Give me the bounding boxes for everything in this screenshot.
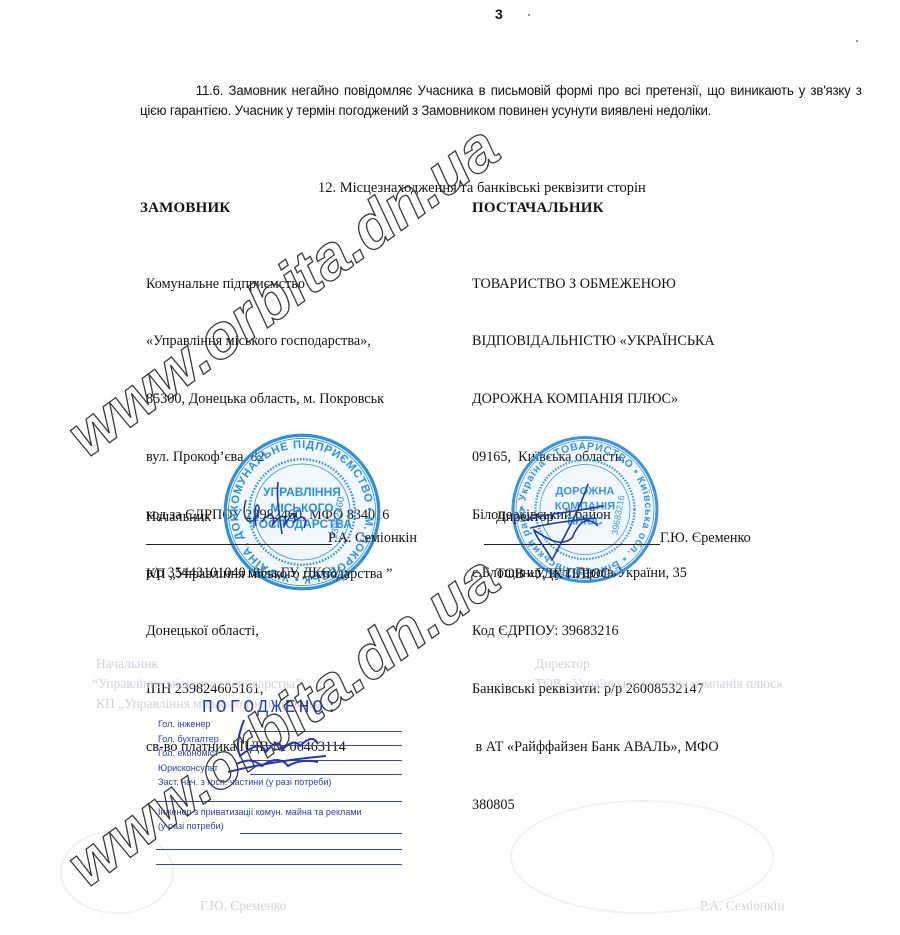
supplier-signatory-name: Г.Ю. Єременко bbox=[660, 530, 751, 547]
clause-text: 11.6. Замовник негайно повідомляє Учасни… bbox=[140, 83, 862, 119]
scan-speck bbox=[856, 40, 858, 42]
approval-line bbox=[156, 864, 402, 865]
customer-signatory-name: Р.А. Семіонкін bbox=[328, 530, 417, 547]
approval-row: Інженер з приватизації комун. майна та р… bbox=[150, 806, 400, 821]
approval-row-label: Гол. економіст bbox=[158, 747, 218, 761]
supplier-line: ТОВАРИСТВО З ОБМЕЖЕНОЮ bbox=[472, 275, 719, 294]
approval-title: ПОГОДЖЕНО: bbox=[202, 698, 400, 718]
customer-line: Донецької області, bbox=[146, 622, 389, 641]
bleed-through-text: “Управління міського господарства” bbox=[92, 676, 301, 692]
approval-line bbox=[156, 801, 402, 802]
customer-heading: ЗАМОВНИК bbox=[140, 200, 230, 217]
bleed-through-stamp bbox=[510, 800, 774, 914]
page-number: 3 bbox=[495, 6, 503, 22]
section-title: 12. Місцезнаходження та банківські рекві… bbox=[318, 180, 646, 197]
customer-line: «Управління міського господарства», bbox=[146, 332, 389, 351]
bleed-through-text: ТОВ «Українська дорожня компанія плюс» bbox=[535, 676, 783, 692]
supplier-heading: ПОСТАЧАЛЬНИК bbox=[472, 200, 604, 217]
approval-row-label: (у разі потреби) bbox=[158, 820, 224, 834]
supplier-signature-icon bbox=[516, 478, 616, 568]
customer-signature-icon bbox=[232, 478, 322, 538]
supplier-line: Код ЄДРПОУ: 39683216 bbox=[472, 622, 719, 641]
approval-row-label: Інженер з приватизації комун. майна та р… bbox=[158, 806, 362, 820]
scan-speck bbox=[528, 14, 530, 16]
approval-row-label: Гол. бухгалтер bbox=[158, 733, 219, 747]
customer-line: Комунальне підприємство bbox=[146, 275, 389, 294]
supplier-line: в АТ «Райффайзен Банк АВАЛЬ», МФО bbox=[472, 738, 719, 757]
clause-11-6: 11.6. Замовник негайно повідомляє Учасни… bbox=[140, 82, 862, 121]
approval-row: (у разі потреби) bbox=[150, 820, 400, 835]
customer-signatory-org: КП „Управління міського господарства ” bbox=[146, 565, 392, 584]
approval-row-label: Гол. інженер bbox=[158, 718, 210, 732]
supplier-line: ВІДПОВІДАЛЬНІСТЮ «УКРАЇНСЬКА bbox=[472, 332, 719, 351]
bleed-through-text: Начальник bbox=[96, 656, 158, 672]
customer-signature-line bbox=[146, 544, 332, 545]
supplier-line: ДОРОЖНА КОМПАНІЯ ПЛЮС» bbox=[472, 390, 719, 409]
customer-line: 85300, Донецька область, м. Покровськ bbox=[146, 390, 389, 409]
approval-row-label: Юрисконсульт bbox=[158, 762, 218, 776]
bleed-through-text: Директор bbox=[535, 656, 590, 672]
bleed-through-text: Г.Ю. Єременко bbox=[200, 898, 286, 914]
approval-signature-icon bbox=[222, 716, 332, 788]
